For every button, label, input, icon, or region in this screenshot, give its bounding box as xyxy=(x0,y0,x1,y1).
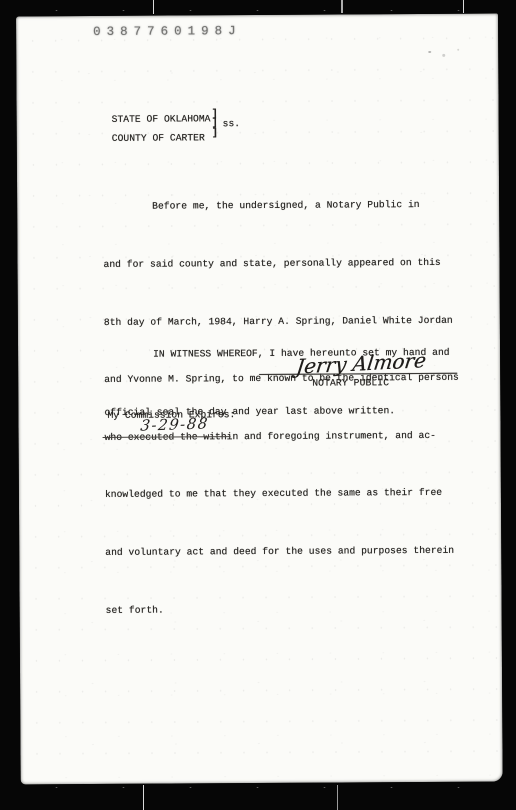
notary-public-title: NOTARY PUBLIC xyxy=(312,373,389,393)
venue-state-line: STATE OF OKLAHOMA xyxy=(112,109,211,129)
venue-county-line: COUNTY OF CARTER xyxy=(112,128,205,148)
film-scratch-line xyxy=(143,785,144,810)
body-text-line: knowledged to me that they executed the … xyxy=(105,483,460,504)
scan-frame: 0387760198J STATE OF OKLAHOMA COUNTY OF … xyxy=(0,0,516,810)
stamp-number: 0387760198J xyxy=(93,22,242,42)
scan-smudge xyxy=(428,51,431,53)
document-page: 0387760198J STATE OF OKLAHOMA COUNTY OF … xyxy=(16,14,503,785)
film-scratch-line xyxy=(153,0,154,14)
body-text-line: set forth. xyxy=(106,598,461,619)
body-text-line: and for said county and state, personall… xyxy=(103,253,458,274)
film-scratch-line xyxy=(341,0,343,13)
scan-smudge xyxy=(457,49,459,51)
body-text-line: Before me, the undersigned, a Notary Pub… xyxy=(103,195,458,216)
commission-date-handwriting: 3-29-88 xyxy=(140,414,210,434)
film-scratch-line xyxy=(337,785,338,810)
ss-abbreviation: ss. xyxy=(223,114,241,133)
scan-smudge xyxy=(442,54,445,57)
body-text-line: and voluntary act and deed for the uses … xyxy=(105,541,460,562)
venue-bracket: ] xyxy=(212,127,218,139)
film-scratch-line xyxy=(463,0,464,13)
